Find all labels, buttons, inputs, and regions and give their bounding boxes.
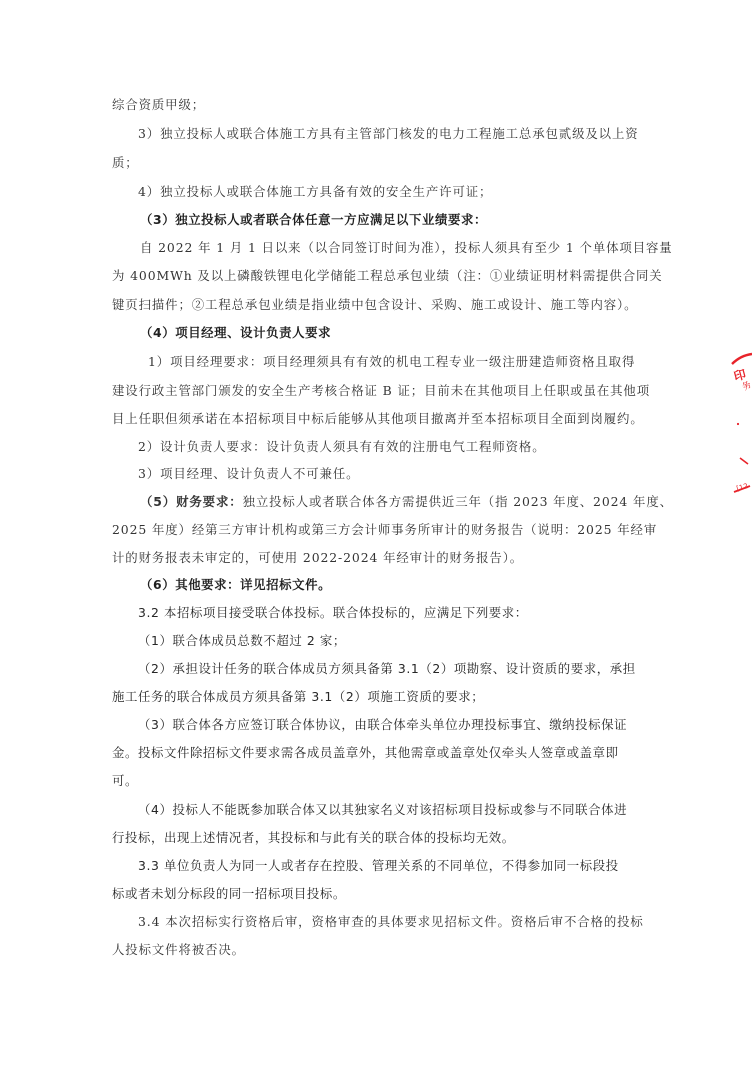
document-text-line: 计的财务报表未审定的，可使用 2022-2024 年经审计的财务报告）。	[112, 550, 642, 566]
document-text-line: 可。	[112, 773, 642, 789]
document-text-line: 2）设计负责人要求：设计负责人须具有有效的注册电气工程师资格。	[138, 439, 668, 455]
document-text-line: 3.2 本招标项目接受联合体投标。联合体投标的，应满足下列要求：	[138, 605, 668, 621]
section-heading: （5）财务要求：	[140, 494, 243, 509]
document-text-line: 人投标文件将被否决。	[112, 942, 642, 958]
document-text-line: 金。投标文件除招标文件要求需各成员盖章外，其他需章或盖章处仅牵头人签章或盖章即	[112, 745, 642, 761]
document-text-line: （1）联合体成员总数不超过 2 家；	[138, 633, 668, 649]
document-text-line: （3）联合体各方应签订联合体协议，由联合体牵头单位办理投标事宜、缴纳投标保证	[138, 717, 668, 733]
document-text-line: 综合资质甲级；	[112, 97, 642, 113]
document-text-line: 建设行政主管部门颁发的安全生产考核合格证 B 证；目前未在其他项目上任职或虽在其…	[112, 383, 642, 399]
document-text-line: 4）独立投标人或联合体施工方具备有效的安全生产许可证；	[138, 184, 668, 200]
document-text-line: （2）承担设计任务的联合体成员方须具备第 3.1（2）项勘察、设计资质的要求，承…	[138, 661, 668, 677]
section-text: 独立投标人或者联合体各方需提供近三年（指 2023 年度、2024 年度、	[243, 494, 673, 509]
document-text-line: 2025 年度）经第三方审计机构或第三方会计师事务所审计的财务报告（说明：202…	[112, 522, 642, 538]
document-page: 综合资质甲级；3）独立投标人或联合体施工方具有主管部门核发的电力工程施工总承包贰…	[0, 0, 752, 1075]
red-seal-stamp-icon: 印 务 [12	[728, 352, 752, 502]
document-text-line: 3.3 单位负责人为同一人或者存在控股、管理关系的不同单位，不得参加同一标段投	[138, 858, 668, 874]
document-text-line: （3）独立投标人或者联合体任意一方应满足以下业绩要求：	[140, 212, 670, 228]
document-text-line: 3）项目经理、设计负责人不可兼任。	[138, 466, 668, 482]
document-text-line: （4）投标人不能既参加联合体又以其独家名义对该招标项目投标或参与不同联合体进	[138, 802, 668, 818]
document-text-line: 3）独立投标人或联合体施工方具有主管部门核发的电力工程施工总承包贰级及以上资	[138, 126, 668, 142]
document-text-line: 标或者未划分标段的同一招标项目投标。	[112, 886, 642, 902]
document-text-line: 1）项目经理要求：项目经理须具有有效的机电工程专业一级注册建造师资格且取得	[148, 354, 678, 370]
document-text-line: 目上任职但须承诺在本招标项目中标后能够从其他项目撤离并至本招标项目全面到岗履约。	[112, 411, 642, 427]
document-text-line: 为 400MWh 及以上磷酸铁锂电化学储能工程总承包业绩（注：①业绩证明材料需提…	[112, 268, 642, 284]
document-text-line: 键页扫描件；②工程总承包业绩是指业绩中包含设计、采购、施工或设计、施工等内容）。	[112, 297, 642, 313]
document-text-line: 施工任务的联合体成员方须具备第 3.1（2）项施工资质的要求；	[112, 689, 642, 705]
document-text-line: 自 2022 年 1 月 1 日以来（以合同签订时间为准），投标人须具有至少 1…	[140, 240, 670, 256]
document-text-line: 行投标，出现上述情况者，其投标和与此有关的联合体的投标均无效。	[112, 830, 642, 846]
document-text-line: 质；	[112, 155, 642, 171]
document-text-line: （5）财务要求：独立投标人或者联合体各方需提供近三年（指 2023 年度、202…	[140, 494, 670, 510]
document-text-line: （6）其他要求：详见招标文件。	[140, 577, 670, 593]
document-text-line: （4）项目经理、设计负责人要求	[140, 325, 670, 341]
document-text-line: 3.4 本次招标实行资格后审，资格审查的具体要求见招标文件。资格后审不合格的投标	[138, 914, 668, 930]
